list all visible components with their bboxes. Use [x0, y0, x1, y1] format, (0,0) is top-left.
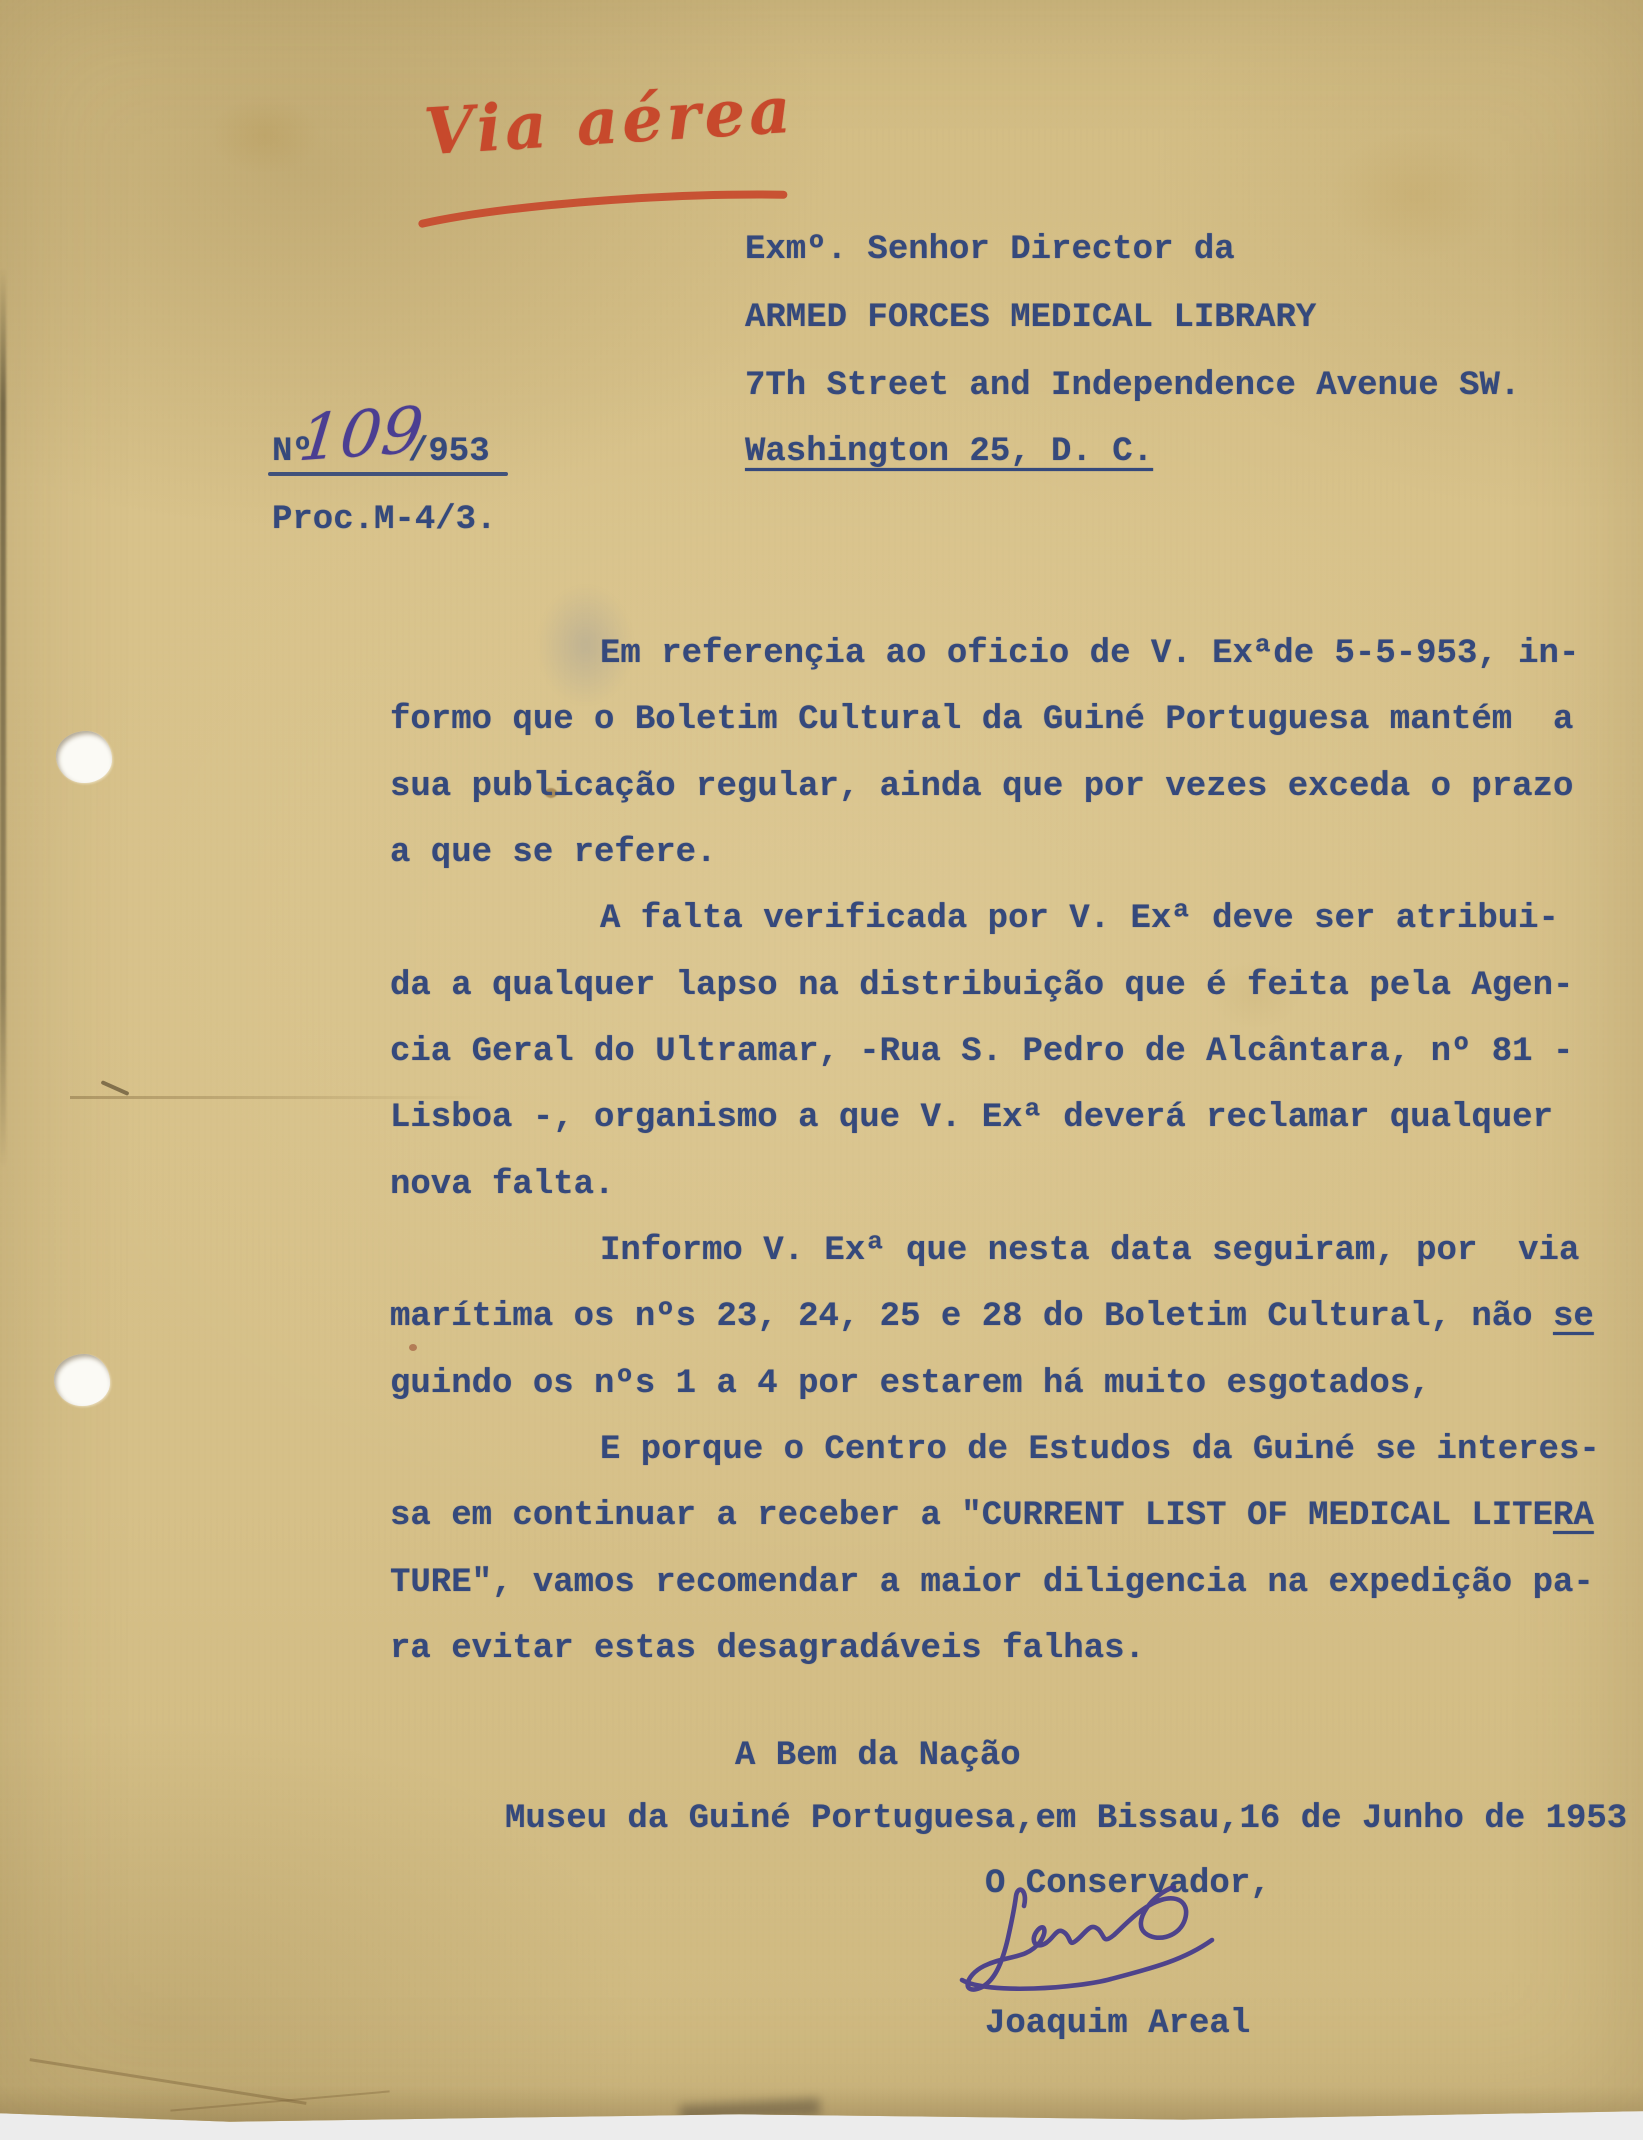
body-line: Lisboa -, organismo a que V. Exª deverá …: [390, 1096, 1553, 1140]
body-line: A falta verificada por V. Exª deve ser a…: [600, 897, 1559, 941]
body-text: A falta verificada por V. Exª deve ser a…: [600, 900, 1559, 938]
body-line: cia Geral do Ultramar, -Rua S. Pedro de …: [390, 1030, 1573, 1074]
stain-speck: [409, 1344, 417, 1351]
recipient-line-honorific: Exmº. Senhor Director da: [745, 228, 1235, 272]
corner-crease: [170, 2090, 389, 2111]
body-text: formo que o Boletim Cultural da Guiné Po…: [390, 701, 1573, 739]
body-text: guindo os nºs 1 a 4 por estarem há muito…: [390, 1365, 1431, 1403]
body-text: Informo V. Exª que nesta data seguiram, …: [600, 1232, 1579, 1270]
body-line: formo que o Boletim Cultural da Guiné Po…: [390, 698, 1573, 742]
airmail-annotation: Via aérea: [422, 73, 797, 170]
body-line: Informo V. Exª que nesta data seguiram, …: [600, 1229, 1579, 1273]
punch-hole-bottom: [54, 1354, 110, 1406]
closing-salutation: A Bem da Nação: [735, 1734, 1021, 1778]
body-text: ra evitar estas desagradáveis falhas.: [390, 1630, 1145, 1668]
closing-place-date: Museu da Guiné Portuguesa,em Bissau,16 d…: [505, 1797, 1627, 1841]
body-text-underlined: se: [1553, 1298, 1594, 1336]
body-line: nova falta.: [390, 1163, 614, 1207]
body-text: E porque o Centro de Estudos da Guiné se…: [600, 1431, 1600, 1469]
reference-number-group: Nº 109 /953: [268, 400, 518, 478]
paper: Via aérea Exmº. Senhor Director da ARMED…: [0, 0, 1643, 2126]
recipient-line-city: Washington 25, D. C.: [745, 430, 1153, 474]
body-text: cia Geral do Ultramar, -Rua S. Pedro de …: [390, 1033, 1573, 1071]
body-text: marítima os nºs 23, 24, 25 e 28 do Bolet…: [390, 1298, 1553, 1336]
body-text: a que se refere.: [390, 834, 716, 872]
signatory-name: Joaquim Areal: [985, 2002, 1250, 2046]
body-text: Em referençia ao oficio de V. Exªde 5-5-…: [600, 635, 1579, 673]
body-text: Lisboa -, organismo a que V. Exª deverá …: [390, 1099, 1553, 1137]
stain: [210, 95, 320, 175]
body-line: Em referençia ao oficio de V. Exªde 5-5-…: [600, 632, 1579, 676]
reference-number-handwritten: 109: [295, 394, 426, 476]
bottom-smudge: [680, 2098, 821, 2123]
punch-hole-top: [56, 731, 112, 783]
body-text: sua publicação regular, ainda que por ve…: [390, 768, 1573, 806]
body-line: da a qualquer lapso na distribuição que …: [390, 964, 1573, 1008]
body-text: TURE", vamos recomendar a maior diligenc…: [390, 1564, 1594, 1602]
body-line: guindo os nºs 1 a 4 por estarem há muito…: [390, 1362, 1431, 1406]
crease-mark: [100, 1080, 129, 1096]
airmail-underline: [415, 182, 797, 241]
body-text: da a qualquer lapso na distribuição que …: [390, 967, 1573, 1005]
corner-crease: [29, 2058, 306, 2105]
body-line: marítima os nºs 23, 24, 25 e 28 do Bolet…: [390, 1295, 1594, 1339]
body-line: sa em continuar a receber a "CURRENT LIS…: [390, 1494, 1594, 1538]
scan-edge-shadow: [0, 268, 6, 1168]
stain: [1330, 130, 1500, 260]
body-line: a que se refere.: [390, 831, 716, 875]
handwritten-signature: [928, 1876, 1268, 2021]
body-line: sua publicação regular, ainda que por ve…: [390, 765, 1573, 809]
body-line: ra evitar estas desagradáveis falhas.: [390, 1627, 1145, 1671]
scanned-letter-page: { "document": { "airmail_note": "Via aér…: [0, 0, 1643, 2140]
body-line: E porque o Centro de Estudos da Guiné se…: [600, 1428, 1600, 1472]
bottom-edge-shade: [0, 2086, 1643, 2126]
recipient-line-institution: ARMED FORCES MEDICAL LIBRARY: [745, 296, 1316, 340]
reference-underline: [268, 472, 508, 476]
body-line: TURE", vamos recomendar a maior diligenc…: [390, 1561, 1594, 1605]
body-text: nova falta.: [390, 1166, 614, 1204]
process-number: Proc.M-4/3.: [272, 498, 496, 542]
reference-number-year: /953: [408, 430, 490, 474]
body-text-underlined: RA: [1553, 1497, 1594, 1535]
recipient-line-street: 7Th Street and Independence Avenue SW.: [745, 364, 1520, 408]
body-text: sa em continuar a receber a "CURRENT LIS…: [390, 1497, 1553, 1535]
